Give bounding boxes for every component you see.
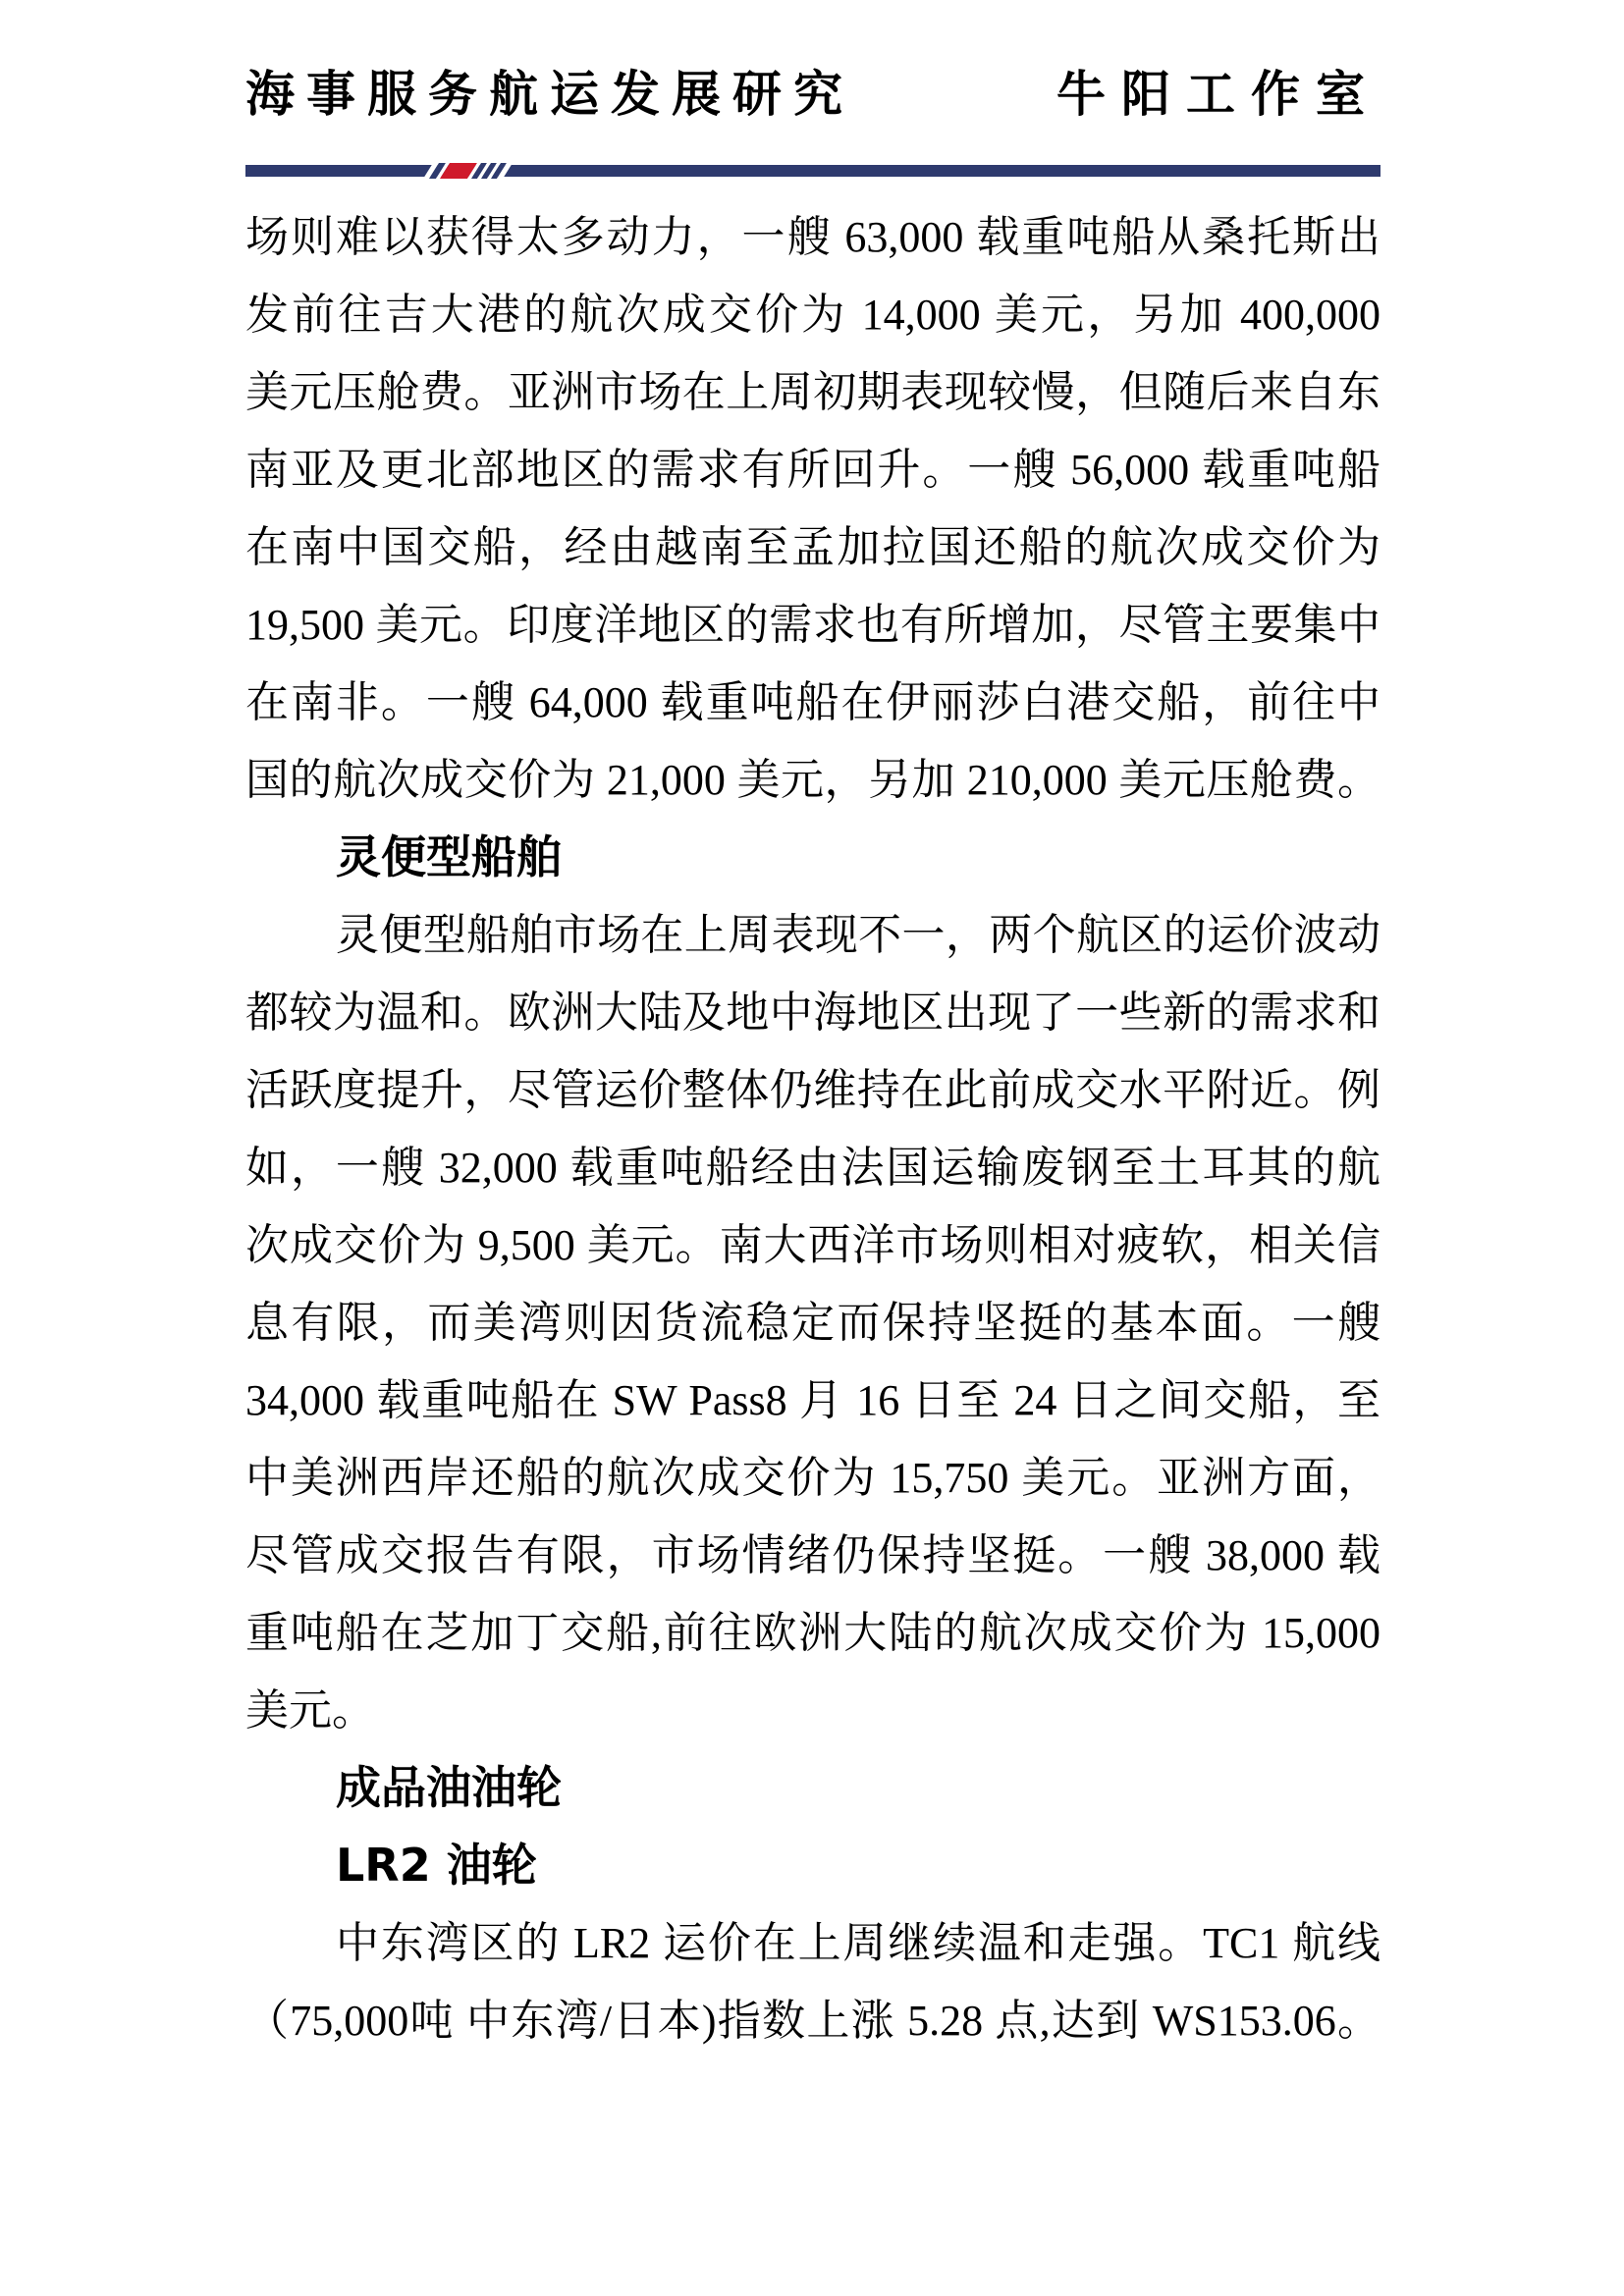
body-line: 活跃度提升，尽管运价整体仍维持在此前成交水平附近。例 [245, 1051, 1380, 1129]
header-title-left: 海事服务航运发展研究 [245, 69, 854, 120]
divider-accent-decoration [423, 163, 513, 179]
body-line: 重吨船在芝加丁交船,前往欧洲大陆的航次成交价为 15,000 [245, 1594, 1380, 1672]
body-line: 美元压舱费。亚洲市场在上周初期表现较慢，但随后来自东 [245, 353, 1380, 431]
body-line: 国的航次成交价为 21,000 美元，另加 210,000 美元压舱费。 [245, 741, 1380, 819]
body-line: 息有限，而美湾则因货流稳定而保持坚挺的基本面。一艘 [245, 1284, 1380, 1362]
body-line: 灵便型船舶市场在上周表现不一，两个航区的运价波动 [245, 896, 1380, 974]
body-line: 场则难以获得太多动力，一艘 63,000 载重吨船从桑托斯出 [245, 198, 1380, 276]
body-line: 34,000 载重吨船在 SW Pass8 月 16 日至 24 日之间交船，至 [245, 1362, 1380, 1439]
section-heading-handysize: 灵便型船舶 [245, 819, 1380, 896]
body-line: 发前往吉大港的航次成交价为 14,000 美元，另加 400,000 [245, 276, 1380, 353]
section-heading-lr2-tankers: LR2 油轮 [245, 1827, 1380, 1904]
page-header: 海事服务航运发展研究 牛阳工作室 [245, 69, 1380, 120]
body-line: 在南中国交船，经由越南至孟加拉国还船的航次成交价为 [245, 508, 1380, 586]
body-line: 中东湾区的 LR2 运价在上周继续温和走强。TC1 航线 [245, 1904, 1380, 1982]
body-line: 19,500 美元。印度洋地区的需求也有所增加，尽管主要集中 [245, 586, 1380, 664]
body-line: （75,000吨 中东湾/日本)指数上涨 5.28 点,达到 WS153.06。 [245, 1982, 1380, 2059]
body-line: 都较为温和。欧洲大陆及地中海地区出现了一些新的需求和 [245, 974, 1380, 1051]
body-line: 在南非。一艘 64,000 载重吨船在伊丽莎白港交船，前往中 [245, 664, 1380, 741]
body-line: 中美洲西岸还船的航次成交价为 15,750 美元。亚洲方面， [245, 1439, 1380, 1517]
body-line: 尽管成交报告有限，市场情绪仍保持坚挺。一艘 38,000 载 [245, 1517, 1380, 1594]
header-title-right: 牛阳工作室 [1056, 69, 1380, 120]
header-divider-bar [245, 165, 1380, 177]
body-line: 南亚及更北部地区的需求有所回升。一艘 56,000 载重吨船 [245, 431, 1380, 508]
body-line: 美元。 [245, 1672, 1380, 1749]
body-line: 次成交价为 9,500 美元。南大西洋市场则相对疲软，相关信 [245, 1206, 1380, 1284]
document-body: 场则难以获得太多动力，一艘 63,000 载重吨船从桑托斯出 发前往吉大港的航次… [245, 198, 1380, 2059]
document-page: 海事服务航运发展研究 牛阳工作室 场则难以获得太多动力，一艘 63,000 载重… [0, 0, 1624, 2296]
body-line: 如，一艘 32,000 载重吨船经由法国运输废钢至土耳其的航 [245, 1129, 1380, 1206]
section-heading-product-tankers: 成品油油轮 [245, 1749, 1380, 1827]
